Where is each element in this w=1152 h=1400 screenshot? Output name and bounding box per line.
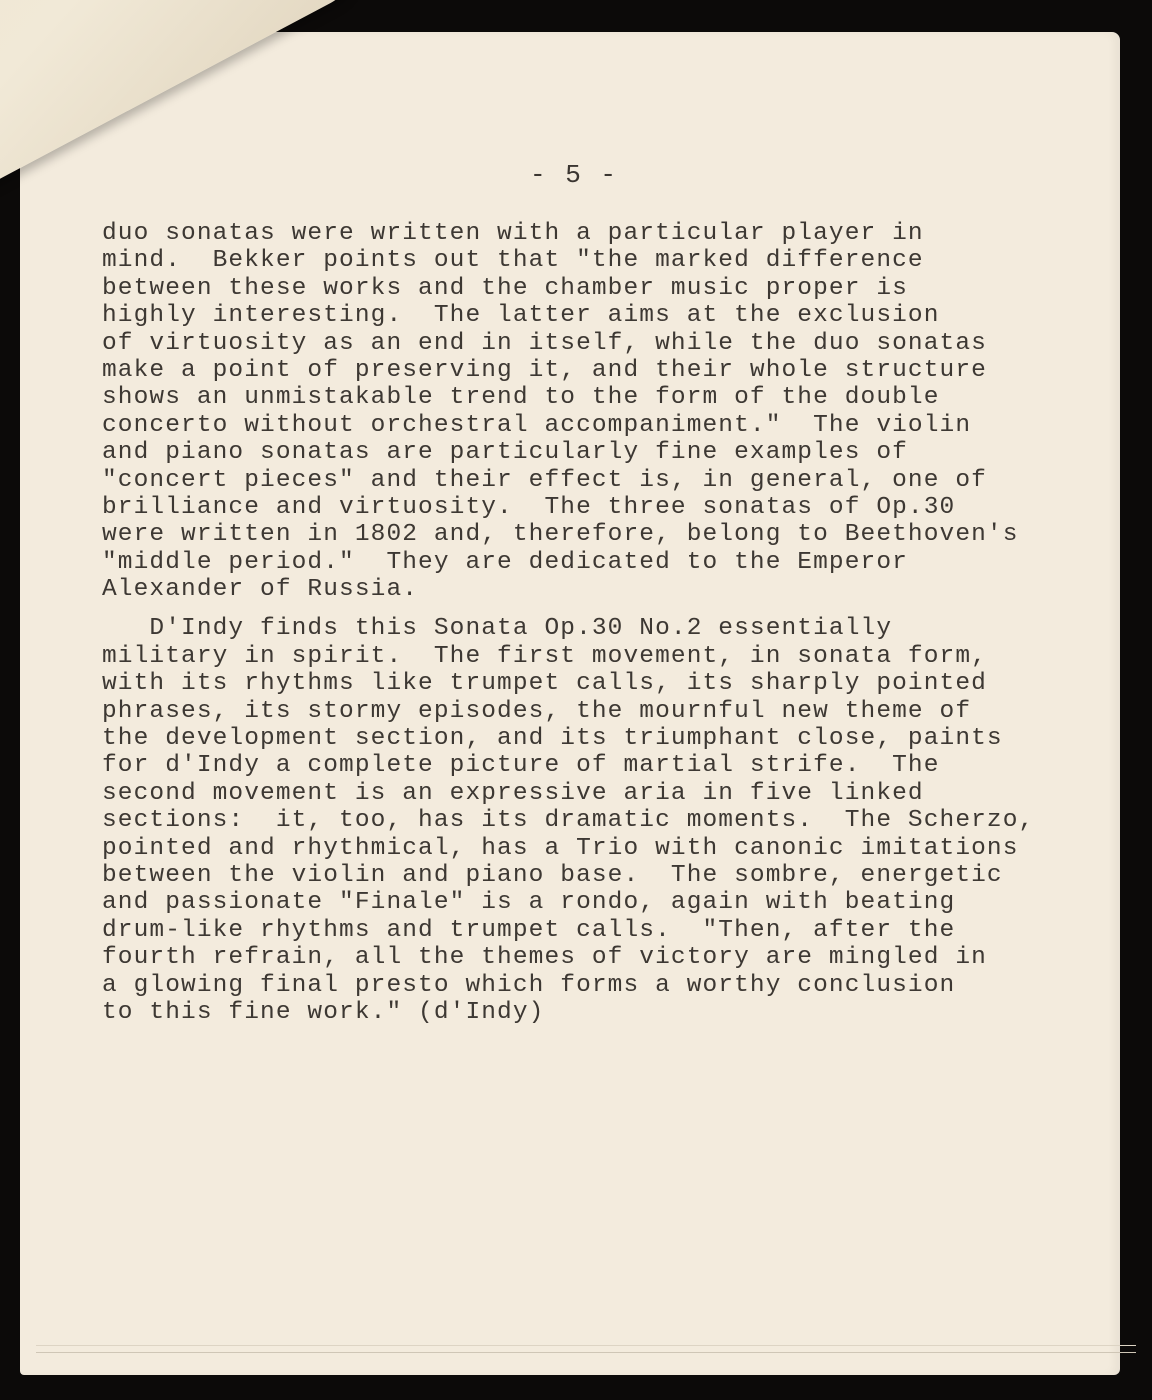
paragraph-spacer <box>102 603 1034 615</box>
text-line: between the violin and piano base. The s… <box>102 862 1034 889</box>
text-line: brilliance and virtuosity. The three son… <box>102 494 1034 521</box>
text-line: concerto without orchestral accompanimen… <box>102 412 1034 439</box>
text-line: with its rhythms like trumpet calls, its… <box>102 670 1034 697</box>
text-line: pointed and rhythmical, has a Trio with … <box>102 835 1034 862</box>
text-line: second movement is an expressive aria in… <box>102 780 1034 807</box>
text-line: fourth refrain, all the themes of victor… <box>102 944 1034 971</box>
text-line: highly interesting. The latter aims at t… <box>102 302 1034 329</box>
text-line: phrases, its stormy episodes, the mournf… <box>102 698 1034 725</box>
body-text: duo sonatas were written with a particul… <box>102 220 1034 1026</box>
text-line: "middle period." They are dedicated to t… <box>102 549 1034 576</box>
paragraph-2: D'Indy finds this Sonata Op.30 No.2 esse… <box>102 615 1034 1026</box>
text-line: to this fine work." (d'Indy) <box>102 999 1034 1026</box>
text-line: of virtuosity as an end in itself, while… <box>102 330 1034 357</box>
paragraph-1: duo sonatas were written with a particul… <box>102 220 1034 603</box>
text-line: military in spirit. The first movement, … <box>102 643 1034 670</box>
text-line: "concert pieces" and their effect is, in… <box>102 467 1034 494</box>
text-line: between these works and the chamber musi… <box>102 275 1034 302</box>
page-bottom-edge <box>36 1345 1136 1353</box>
text-line: mind. Bekker points out that "the marked… <box>102 247 1034 274</box>
text-line: the development section, and its triumph… <box>102 725 1034 752</box>
text-line: D'Indy finds this Sonata Op.30 No.2 esse… <box>102 615 1034 642</box>
text-line: were written in 1802 and, therefore, bel… <box>102 521 1034 548</box>
text-line: shows an unmistakable trend to the form … <box>102 384 1034 411</box>
text-line: make a point of preserving it, and their… <box>102 357 1034 384</box>
text-line: duo sonatas were written with a particul… <box>102 220 1034 247</box>
text-line: Alexander of Russia. <box>102 576 1034 603</box>
page-number: - 5 - <box>530 160 618 190</box>
text-line: and piano sonatas are particularly fine … <box>102 439 1034 466</box>
text-line: drum-like rhythms and trumpet calls. "Th… <box>102 917 1034 944</box>
text-line: for d'Indy a complete picture of martial… <box>102 752 1034 779</box>
text-line: a glowing final presto which forms a wor… <box>102 972 1034 999</box>
text-line: sections: it, too, has its dramatic mome… <box>102 807 1034 834</box>
text-line: and passionate "Finale" is a rondo, agai… <box>102 889 1034 916</box>
